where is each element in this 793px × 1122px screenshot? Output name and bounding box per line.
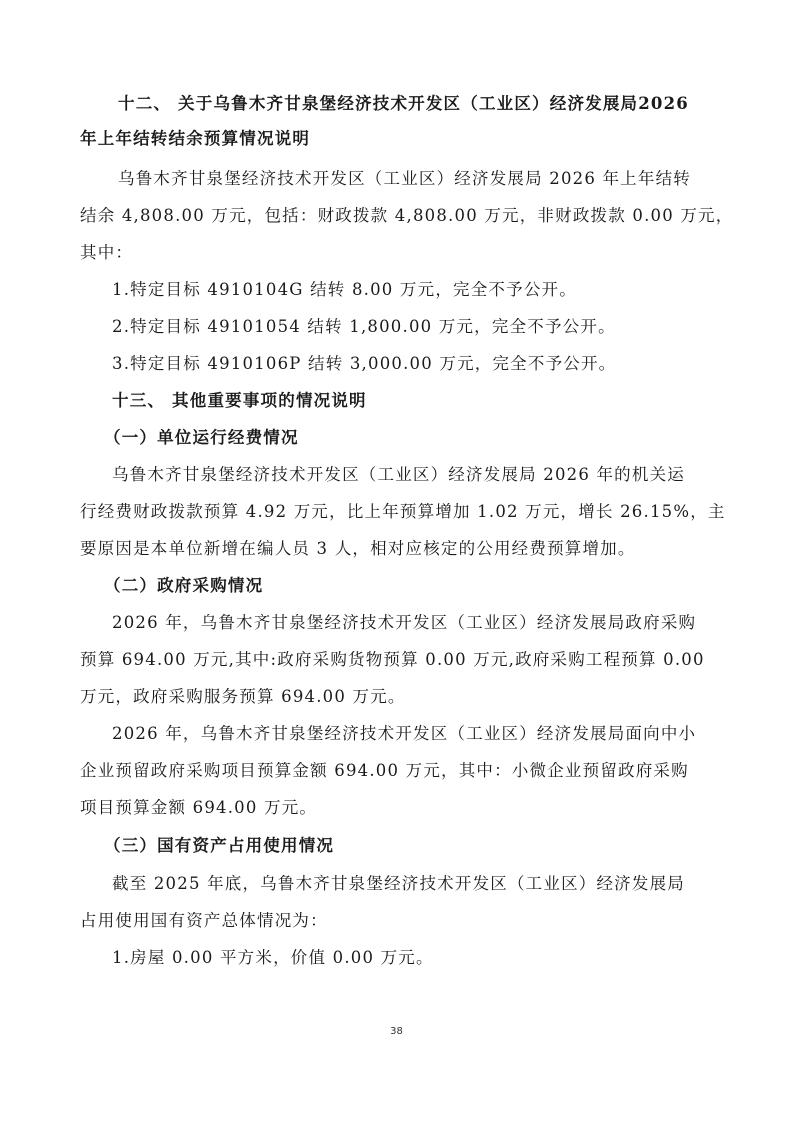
list-item: 2.特定目标 49101054 结转 1,800.00 万元，完全不予公开。 — [112, 313, 616, 337]
section-12-heading-line1: 十二、 关于乌鲁木齐甘泉堡经济技术开发区（工业区）经济发展局2026 — [118, 90, 689, 114]
paragraph-line: 乌鲁木齐甘泉堡经济技术开发区（工业区）经济发展局 2026 年的机关运 — [112, 461, 685, 485]
subsection-heading: （一）单位运行经费情况 — [104, 424, 299, 448]
paragraph-line: 行经费财政拨款预算 4.92 万元，比上年预算增加 1.02 万元，增长 26.… — [80, 498, 726, 522]
subsection-heading: （三）国有资产占用使用情况 — [104, 832, 334, 856]
paragraph-line: 企业预留政府采购项目预算金额 694.00 万元，其中：小微企业预留政府采购 — [80, 757, 689, 781]
paragraph-line: 结余 4,808.00 万元，包括：财政拨款 4,808.00 万元，非财政拨款… — [80, 202, 733, 226]
list-item: 1.特定目标 4910104G 结转 8.00 万元，完全不予公开。 — [112, 276, 577, 300]
paragraph-line: 2026 年，乌鲁木齐甘泉堡经济技术开发区（工业区）经济发展局面向中小 — [112, 720, 696, 744]
paragraph-line: 2026 年，乌鲁木齐甘泉堡经济技术开发区（工业区）经济发展局政府采购 — [112, 609, 696, 633]
section-12-heading-line2: 年上年结转结余预算情况说明 — [80, 125, 310, 149]
paragraph-line: 其中： — [80, 239, 133, 263]
paragraph-line: 乌鲁木齐甘泉堡经济技术开发区（工业区）经济发展局 2026 年上年结转 — [118, 165, 691, 189]
paragraph-line: 预算 694.00 万元,其中:政府采购货物预算 0.00 万元,政府采购工程预… — [80, 646, 705, 670]
paragraph-line: 占用使用国有资产总体情况为： — [80, 907, 328, 931]
paragraph-line: 截至 2025 年底，乌鲁木齐甘泉堡经济技术开发区（工业区）经济发展局 — [112, 870, 685, 894]
paragraph-line: 项目预算金额 694.00 万元。 — [80, 794, 317, 818]
subsection-heading: （二）政府采购情况 — [104, 572, 263, 596]
paragraph-line: 要原因是本单位新增在编人员 3 人，相对应核定的公用经费预算增加。 — [80, 535, 636, 559]
page-number: 38 — [0, 1026, 793, 1037]
section-13-heading: 十三、 其他重要事项的情况说明 — [112, 387, 367, 411]
list-item: 3.特定目标 4910106P 结转 3,000.00 万元，完全不予公开。 — [112, 350, 616, 374]
paragraph-line: 万元，政府采购服务预算 694.00 万元。 — [80, 683, 406, 707]
list-item: 1.房屋 0.00 平方米，价值 0.00 万元。 — [112, 944, 434, 968]
